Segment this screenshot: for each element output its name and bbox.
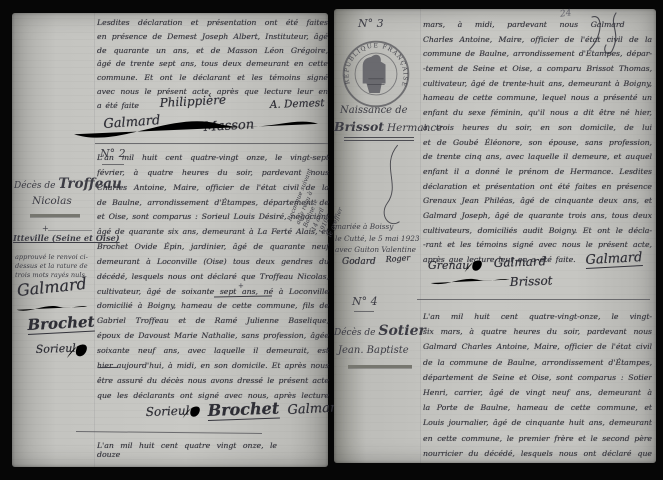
act-line: être assuré du décès nous avons dressé l… bbox=[97, 374, 329, 389]
act-line: déclaration et présentation ont été fait… bbox=[423, 180, 652, 195]
act3-number: N° 3 bbox=[358, 17, 384, 30]
act4-number-underline bbox=[354, 311, 374, 312]
republique-francaise-stamp: RÉPUBLIQUE FRANÇAISE bbox=[338, 35, 414, 113]
act-line: Charles Antoine, Maire, officier de l'ét… bbox=[97, 181, 329, 196]
approval-note-line: dessus et la rature de bbox=[15, 262, 88, 271]
act3-opening-line: L'an mil huit cent quatre vingt onze, le… bbox=[97, 441, 277, 459]
act-line: six mars, à quatre heures du soir, parde… bbox=[423, 324, 652, 339]
act-line: hier aujourd'hui, à midi, en son domicil… bbox=[97, 359, 329, 374]
signature-brochet: Brochet bbox=[207, 399, 279, 421]
right-page: N° 3 RÉPUBLIQUE FRANÇAISE Naissance de B… bbox=[334, 9, 656, 463]
act4-number: N° 4 bbox=[352, 295, 378, 308]
act4-title-underline bbox=[348, 365, 412, 368]
act-line: et de Goubé Éléonore, son épouse, sans p… bbox=[423, 136, 652, 151]
stamp-seated-figure bbox=[363, 55, 386, 93]
signature-galmard-2: Galmard bbox=[585, 250, 643, 269]
act4-title-prefix: Décès de bbox=[334, 328, 375, 338]
act-line: cultivateur, âgé de soixante sept ans, n… bbox=[97, 285, 329, 300]
act4-margin-title: Décès de Sotier bbox=[334, 323, 426, 339]
signature-flourish bbox=[430, 271, 510, 291]
act-line: Gabriel Troffeau et de Ramé Julienne Bas… bbox=[97, 314, 329, 329]
paraph-curl bbox=[180, 401, 206, 425]
act-line: de trente cinq ans, avec laquelle il dem… bbox=[423, 150, 652, 165]
act3-title-surname: Brissot bbox=[334, 119, 384, 134]
act-line: enfant il a donné le prénom de Hermance.… bbox=[423, 165, 652, 180]
act-line: décédé, lesquels nous ont déclaré que Tr… bbox=[97, 270, 329, 285]
act-line: Brochet Ovide Épin, jardinier, âgé de qu… bbox=[97, 240, 329, 255]
act-line: cultivateur, âgé de trente-huit ans, dem… bbox=[423, 77, 652, 92]
act-line: à trois heures du soir, en son domicile,… bbox=[423, 121, 652, 136]
act2-title-prefix: Décès de bbox=[14, 181, 55, 191]
act-line: enfant du sexe féminin, qu'il nous a dit… bbox=[423, 106, 652, 121]
act-line: février, à quatre heures du soir, pardev… bbox=[97, 166, 329, 181]
act2-title-firstname: Nicolas bbox=[32, 195, 72, 207]
act-line: Grenaux Jean Philéas, âgé de cinquante d… bbox=[423, 194, 652, 209]
act-separator-rule bbox=[76, 431, 262, 434]
margin-rule-line bbox=[420, 9, 421, 463]
signature-brissot: Brissot bbox=[510, 274, 553, 289]
act-line: L'an mil huit cent quatre-vingt onze, le… bbox=[97, 151, 329, 166]
act-line: la Porte de Baulne, hameau de cette comm… bbox=[423, 400, 652, 415]
act2-text: L'an mil huit cent quatre-vingt onze, le… bbox=[97, 151, 329, 403]
act2-title-underline bbox=[30, 214, 80, 217]
act4-text: L'an mil huit cent quatre-vingt-onze, le… bbox=[423, 309, 652, 461]
act-line: nourricier du décédé, lesquels nous ont … bbox=[423, 446, 652, 461]
renvoi-cross-mark: + bbox=[238, 282, 244, 290]
folio-page-number: 24 bbox=[559, 8, 572, 19]
act-line: domicilié à Boigny, hameau de cette comm… bbox=[97, 299, 329, 314]
act4-title-firstname: Jean. Baptiste bbox=[338, 345, 409, 356]
act-line: demeurant à Loconville (Oise) tous deux … bbox=[97, 255, 329, 270]
renvoi-cross-mark: + bbox=[42, 224, 49, 233]
mention-signature-roger: Roger bbox=[385, 253, 410, 264]
folio-paraph bbox=[582, 11, 628, 55]
act-separator-rule bbox=[95, 143, 328, 144]
act-line: commune. Et ont le déclarant et les témo… bbox=[97, 71, 328, 85]
act-line: L'an mil huit cent quatre-vingt-onze, le… bbox=[423, 309, 652, 324]
paraph-curl bbox=[64, 339, 94, 365]
signature-galmard: Galmard bbox=[494, 254, 547, 270]
act4-title-surname: Sotier bbox=[378, 323, 426, 339]
act-line: Galmard Joseph, âgé de quarante trois an… bbox=[423, 209, 652, 224]
act-separator-rule bbox=[417, 299, 650, 300]
mention-paraph-flourish bbox=[372, 137, 406, 237]
act-line: de la commune de Baulne, arrondissement … bbox=[423, 355, 652, 370]
act-line: cultivateurs, domiciliés audit Boigny. E… bbox=[423, 224, 652, 239]
margin-signature-brochet: Brochet bbox=[27, 313, 95, 335]
act-line: âgé de quarante six ans, demeurant à La … bbox=[97, 225, 329, 240]
act-line: en cette commune, le premier frère et le… bbox=[423, 431, 652, 446]
act-line: âgé de trente sept ans, tous deux demeur… bbox=[97, 57, 328, 71]
left-page: Lesdites déclaration et présentation ont… bbox=[12, 13, 328, 467]
act-line: Henri, carrier, âgé de vingt neuf ans, d… bbox=[423, 385, 652, 400]
act-line: département de Seine et Oise, sont compa… bbox=[423, 370, 652, 385]
act-line: Lesdites déclaration et présentation ont… bbox=[97, 16, 328, 30]
act-line: soixante neuf ans, avec laquelle il deme… bbox=[97, 344, 329, 359]
act-line: de quarante un ans, et de Masson Léon Gr… bbox=[97, 44, 328, 58]
act3-title-prefix: Naissance de bbox=[340, 105, 408, 116]
renvoi-rule bbox=[48, 230, 92, 231]
approval-note-line: approuvé le renvoi ci- bbox=[15, 253, 88, 262]
mention-signature-godard: Godard bbox=[342, 257, 376, 267]
act-line: Galmard Charles Antoine, Maire, officier… bbox=[423, 339, 652, 354]
act-line: hameau de cette commune, lequel nous a p… bbox=[423, 91, 652, 106]
act-line: époux de Davoust Marie Nathalie, sans pr… bbox=[97, 329, 329, 344]
act-line: Louis journalier, âgé de cinquante huit … bbox=[423, 415, 652, 430]
act-line: en présence de Demest Joseph Albert, Ins… bbox=[97, 30, 328, 44]
act-line: -tement de Seine et Oise, a comparu Bris… bbox=[423, 62, 652, 77]
act3-text: mars, à midi, pardevant nous GalmardChar… bbox=[423, 18, 652, 268]
register-scan: Lesdites déclaration et présentation ont… bbox=[0, 0, 663, 480]
